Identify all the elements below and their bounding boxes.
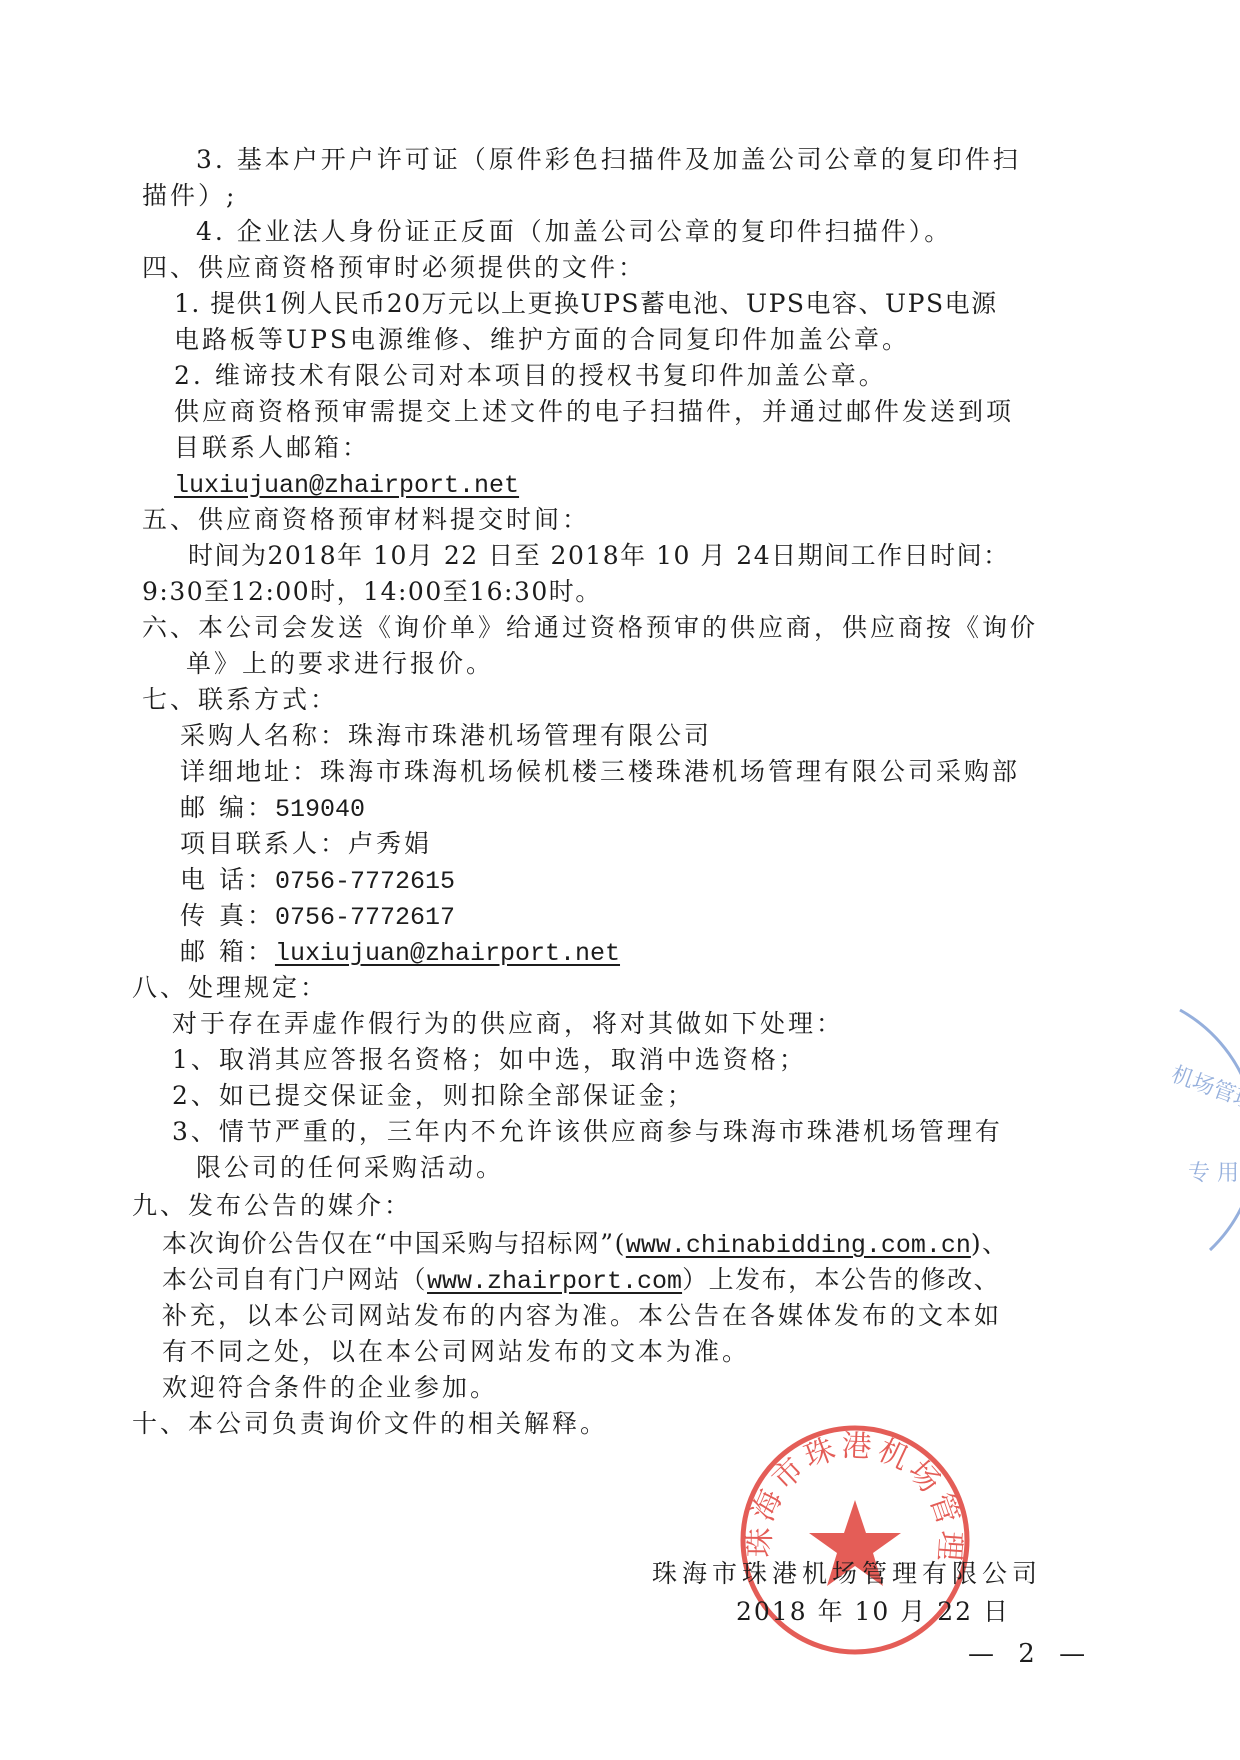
postal-code-value: 519040 [275, 795, 365, 824]
section-4-note-line-1: 供应商资格预审需提交上述文件的电子扫描件，并通过邮件发送到项 [174, 394, 1014, 430]
email-row: 邮 箱：luxiujuan@zhairport.net [180, 934, 620, 972]
section-8-item-3-line-1: 3、情节严重的，三年内不允许该供应商参与珠海市珠港机场管理有 [172, 1114, 1003, 1150]
email-link[interactable]: luxiujuan@zhairport.net [275, 939, 620, 968]
phone-label: 电 话： [180, 865, 275, 894]
section-9-line-1-end: )、 [971, 1229, 1009, 1258]
postal-code-row: 邮 编：519040 [180, 790, 365, 828]
svg-text:专 用: 专 用 [1188, 1161, 1239, 1186]
fax-row: 传 真：0756-7772617 [180, 898, 455, 936]
section-4-email: luxiujuan@zhairport.net [174, 466, 519, 504]
zhairport-link[interactable]: www.zhairport.com [427, 1267, 682, 1296]
item-3-line-2: 描件）; [142, 178, 237, 214]
section-8-item-3-line-2: 限公司的任何采购活动。 [196, 1150, 504, 1186]
fax-value: 0756-7772617 [275, 903, 455, 932]
section-4-item-1-line-1: 1. 提供1例人民币20万元以上更换UPS蓄电池、UPS电容、UPS电源 [174, 286, 998, 322]
postal-code-label: 邮 编： [180, 793, 275, 822]
svg-text:机场管理: 机场管理 [1168, 1062, 1240, 1116]
section-5-heading: 五、供应商资格预审材料提交时间： [142, 502, 590, 538]
document-page: 3. 基本户开户许可证（原件彩色扫描件及加盖公司公章的复印件扫 描件）; 4. … [0, 0, 1240, 1760]
section-8-item-2: 2、如已提交保证金，则扣除全部保证金； [172, 1078, 695, 1114]
section-4-item-2: 2. 维谛技术有限公司对本项目的授权书复印件加盖公章。 [174, 358, 887, 394]
blue-stamp-icon: 机场管理 专 用 [1150, 1000, 1240, 1260]
section-9-line-2-end: ）上发布，本公告的修改、 [682, 1265, 1000, 1294]
contact-email-link[interactable]: luxiujuan@zhairport.net [174, 471, 519, 500]
section-10: 十、本公司负责询价文件的相关解释。 [132, 1406, 608, 1442]
chinabidding-link[interactable]: www.chinabidding.com.cn [626, 1231, 971, 1260]
section-6-line-1: 六、本公司会发送《询价单》给通过资格预审的供应商，供应商按《询价 [142, 610, 1038, 646]
section-8-intro: 对于存在弄虚作假行为的供应商，将对其做如下处理： [172, 1006, 844, 1042]
signature-company: 珠海市珠港机场管理有限公司 [652, 1556, 1042, 1592]
phone-row: 电 话：0756-7772615 [180, 862, 455, 900]
project-contact: 项目联系人：卢秀娟 [180, 826, 432, 862]
section-9-line-1-text: 本次询价公告仅在“中国采购与招标网”( [162, 1229, 626, 1258]
purchaser-address: 详细地址：珠海市珠海机场候机楼三楼珠港机场管理有限公司采购部 [180, 754, 1020, 790]
section-4-item-1-line-2: 电路板等UPS电源维修、维护方面的合同复印件加盖公章。 [174, 322, 910, 358]
section-4-heading: 四、供应商资格预审时必须提供的文件： [142, 250, 646, 286]
phone-value: 0756-7772615 [275, 867, 455, 896]
signature-date: 2018 年 10 月 22 日 [736, 1594, 1010, 1630]
section-9-line-1: 本次询价公告仅在“中国采购与招标网”(www.chinabidding.com.… [162, 1226, 1009, 1264]
section-9-line-3: 补充，以本公司网站发布的内容为准。本公告在各媒体发布的文本如 [162, 1298, 1002, 1334]
section-8-heading: 八、处理规定： [132, 970, 328, 1006]
section-9-heading: 九、发布公告的媒介： [132, 1188, 412, 1224]
page-number: — 2 — [968, 1636, 1093, 1672]
purchaser-name: 采购人名称：珠海市珠港机场管理有限公司 [180, 718, 712, 754]
section-4-note-line-2: 目联系人邮箱： [174, 430, 370, 466]
fax-label: 传 真： [180, 901, 275, 930]
section-7-heading: 七、联系方式： [142, 682, 338, 718]
section-9-welcome: 欢迎符合条件的企业参加。 [162, 1370, 498, 1406]
section-9-line-2-text: 本公司自有门户网站（ [162, 1265, 427, 1294]
section-9-line-4: 有不同之处，以在本公司网站发布的文本为准。 [162, 1334, 750, 1370]
item-3-line-1: 3. 基本户开户许可证（原件彩色扫描件及加盖公司公章的复印件扫 [196, 142, 1021, 178]
section-8-item-1: 1、取消其应答报名资格；如中选，取消中选资格； [172, 1042, 807, 1078]
section-6-line-2: 单》上的要求进行报价。 [186, 646, 494, 682]
section-5-time-line-1: 时间为2018年 10月 22 日至 2018年 10 月 24日期间工作日时间… [188, 538, 1010, 574]
item-4: 4. 企业法人身份证正反面（加盖公司公章的复印件扫描件）。 [196, 214, 952, 250]
section-5-time-line-2: 9:30至12:00时，14:00至16:30时。 [142, 574, 602, 610]
email-label: 邮 箱： [180, 937, 275, 966]
section-9-line-2: 本公司自有门户网站（www.zhairport.com）上发布，本公告的修改、 [162, 1262, 1000, 1300]
